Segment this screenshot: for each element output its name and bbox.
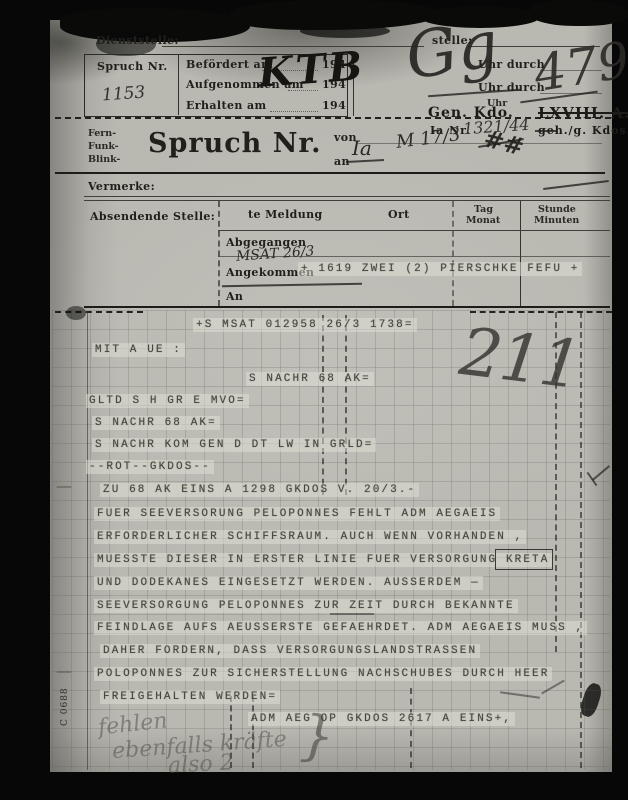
pencil-brace: } — [298, 703, 336, 768]
stamp-corps-number: LXVIII. A. — [538, 104, 628, 122]
erhalten-label: Erhalten am — [186, 99, 267, 112]
col-header-monat: Monat — [466, 215, 500, 226]
spruch-nr-label: Spruch Nr. — [97, 60, 168, 73]
message-line: S NACHR KOM GEN D DT LW IN GRLD= — [92, 438, 376, 452]
table-bottom-rule — [84, 306, 610, 308]
handwritten-ia: Ia — [352, 136, 372, 160]
funk-label: Funk- — [88, 141, 119, 152]
message-line: GLTD S H GR E MVO= — [86, 394, 249, 408]
col-header-tag: Tag — [474, 204, 493, 215]
pencil-note-line3: also 2 — [167, 750, 234, 778]
message-line: FEINDLAGE AUFS AEUSSERSTE GEFAEHRDET. AD… — [94, 621, 587, 635]
double-rule-bottom — [84, 200, 610, 201]
message-line: ZU 68 AK EINS A 1298 GKDOS V. 20/3.- — [100, 483, 419, 497]
ink-smear — [300, 24, 390, 38]
message-line: +S MSAT 012958 26/3 1738= — [193, 318, 417, 332]
grid-heavy-rule — [580, 312, 582, 768]
year-194: 194 — [322, 99, 346, 112]
grid-heavy-rule — [345, 315, 347, 495]
margin-rule — [87, 311, 88, 770]
grid-heavy-rule — [322, 315, 324, 495]
table-column-rule — [452, 201, 454, 306]
fern-label: Fern- — [88, 128, 116, 139]
margin-dash: — — [56, 476, 72, 495]
message-line: MIT A UE : — [92, 343, 185, 357]
message-line: --ROT--GKDOS-- — [86, 460, 214, 474]
torn-edge-stain — [530, 0, 628, 26]
vermerke-label: Vermerke: — [88, 180, 155, 193]
col-header-minuten: Minuten — [534, 215, 579, 226]
strike-mark — [535, 130, 557, 132]
message-line: SEEVERSORGUNG PELOPONNES ZUR ZEIT DURCH … — [94, 599, 518, 613]
message-line: UND DODEKANES EINGESETZT WERDEN. AUSSERD… — [94, 576, 483, 590]
table-column-rule — [520, 201, 521, 306]
col-header-meldung: te Meldung — [248, 208, 323, 221]
fill-dots — [270, 111, 318, 112]
grid-heavy-rule — [410, 688, 412, 768]
box-divider — [178, 54, 179, 115]
ktb-handwritten-note: KTB — [256, 42, 366, 96]
dashed-separator — [470, 311, 612, 313]
message-line: DAHER FORDERN, DASS VERSORGUNGSLANDSTRAS… — [100, 644, 480, 658]
spruch-nr-value-handwritten: 1153 — [101, 83, 146, 106]
kreta-emphasis-box — [495, 549, 553, 570]
message-line: S NACHR 68 AK= — [92, 416, 220, 430]
form-number-vertical: C 0688 — [60, 687, 70, 726]
signature-scribble: Gg — [401, 7, 504, 94]
col-header-stunde: Stunde — [538, 204, 576, 215]
message-line: ERFORDERLICHER SCHIFFSRAUM. AUCH WENN VO… — [94, 530, 526, 544]
typed-receipt-line: + 1619 ZWEI (2) PIERSCHKE FEFU + — [298, 262, 582, 276]
col-header-ort: Ort — [388, 208, 410, 221]
message-line: POLOPONNES ZUR SICHERSTELLUNG NACHSCHUBE… — [94, 667, 552, 681]
scanned-telegram-form: Dienststelle: stelle: Spruch Nr. 1153 Be… — [0, 0, 628, 800]
row-an-label: An — [226, 290, 243, 303]
section-rule — [55, 172, 605, 174]
blink-label: Blink- — [88, 154, 120, 165]
handwritten-211: 211 — [456, 313, 584, 404]
table-row-rule — [218, 230, 610, 231]
typed-underline — [330, 613, 374, 615]
margin-dash: — — [56, 661, 72, 680]
fill-line — [358, 143, 602, 144]
double-rule-top — [84, 196, 610, 197]
table-column-rule — [218, 201, 220, 306]
message-line: MUESSTE DIESER IN ERSTER LINIE FUER VERS… — [94, 553, 552, 567]
spruch-title: Spruch Nr. — [148, 128, 322, 159]
message-line: FREIGEHALTEN WERDEN= — [100, 690, 280, 704]
absendende-stelle-label: Absendende Stelle: — [90, 210, 215, 223]
message-line: ADM AEG OP GKDOS 2617 A EINS+, — [248, 712, 515, 726]
message-line: FUER SEEVERSORUNG PELOPONNES FEHLT ADM A… — [94, 507, 500, 521]
message-line: S NACHR 68 AK= — [246, 372, 374, 386]
hole-punch — [66, 306, 86, 320]
